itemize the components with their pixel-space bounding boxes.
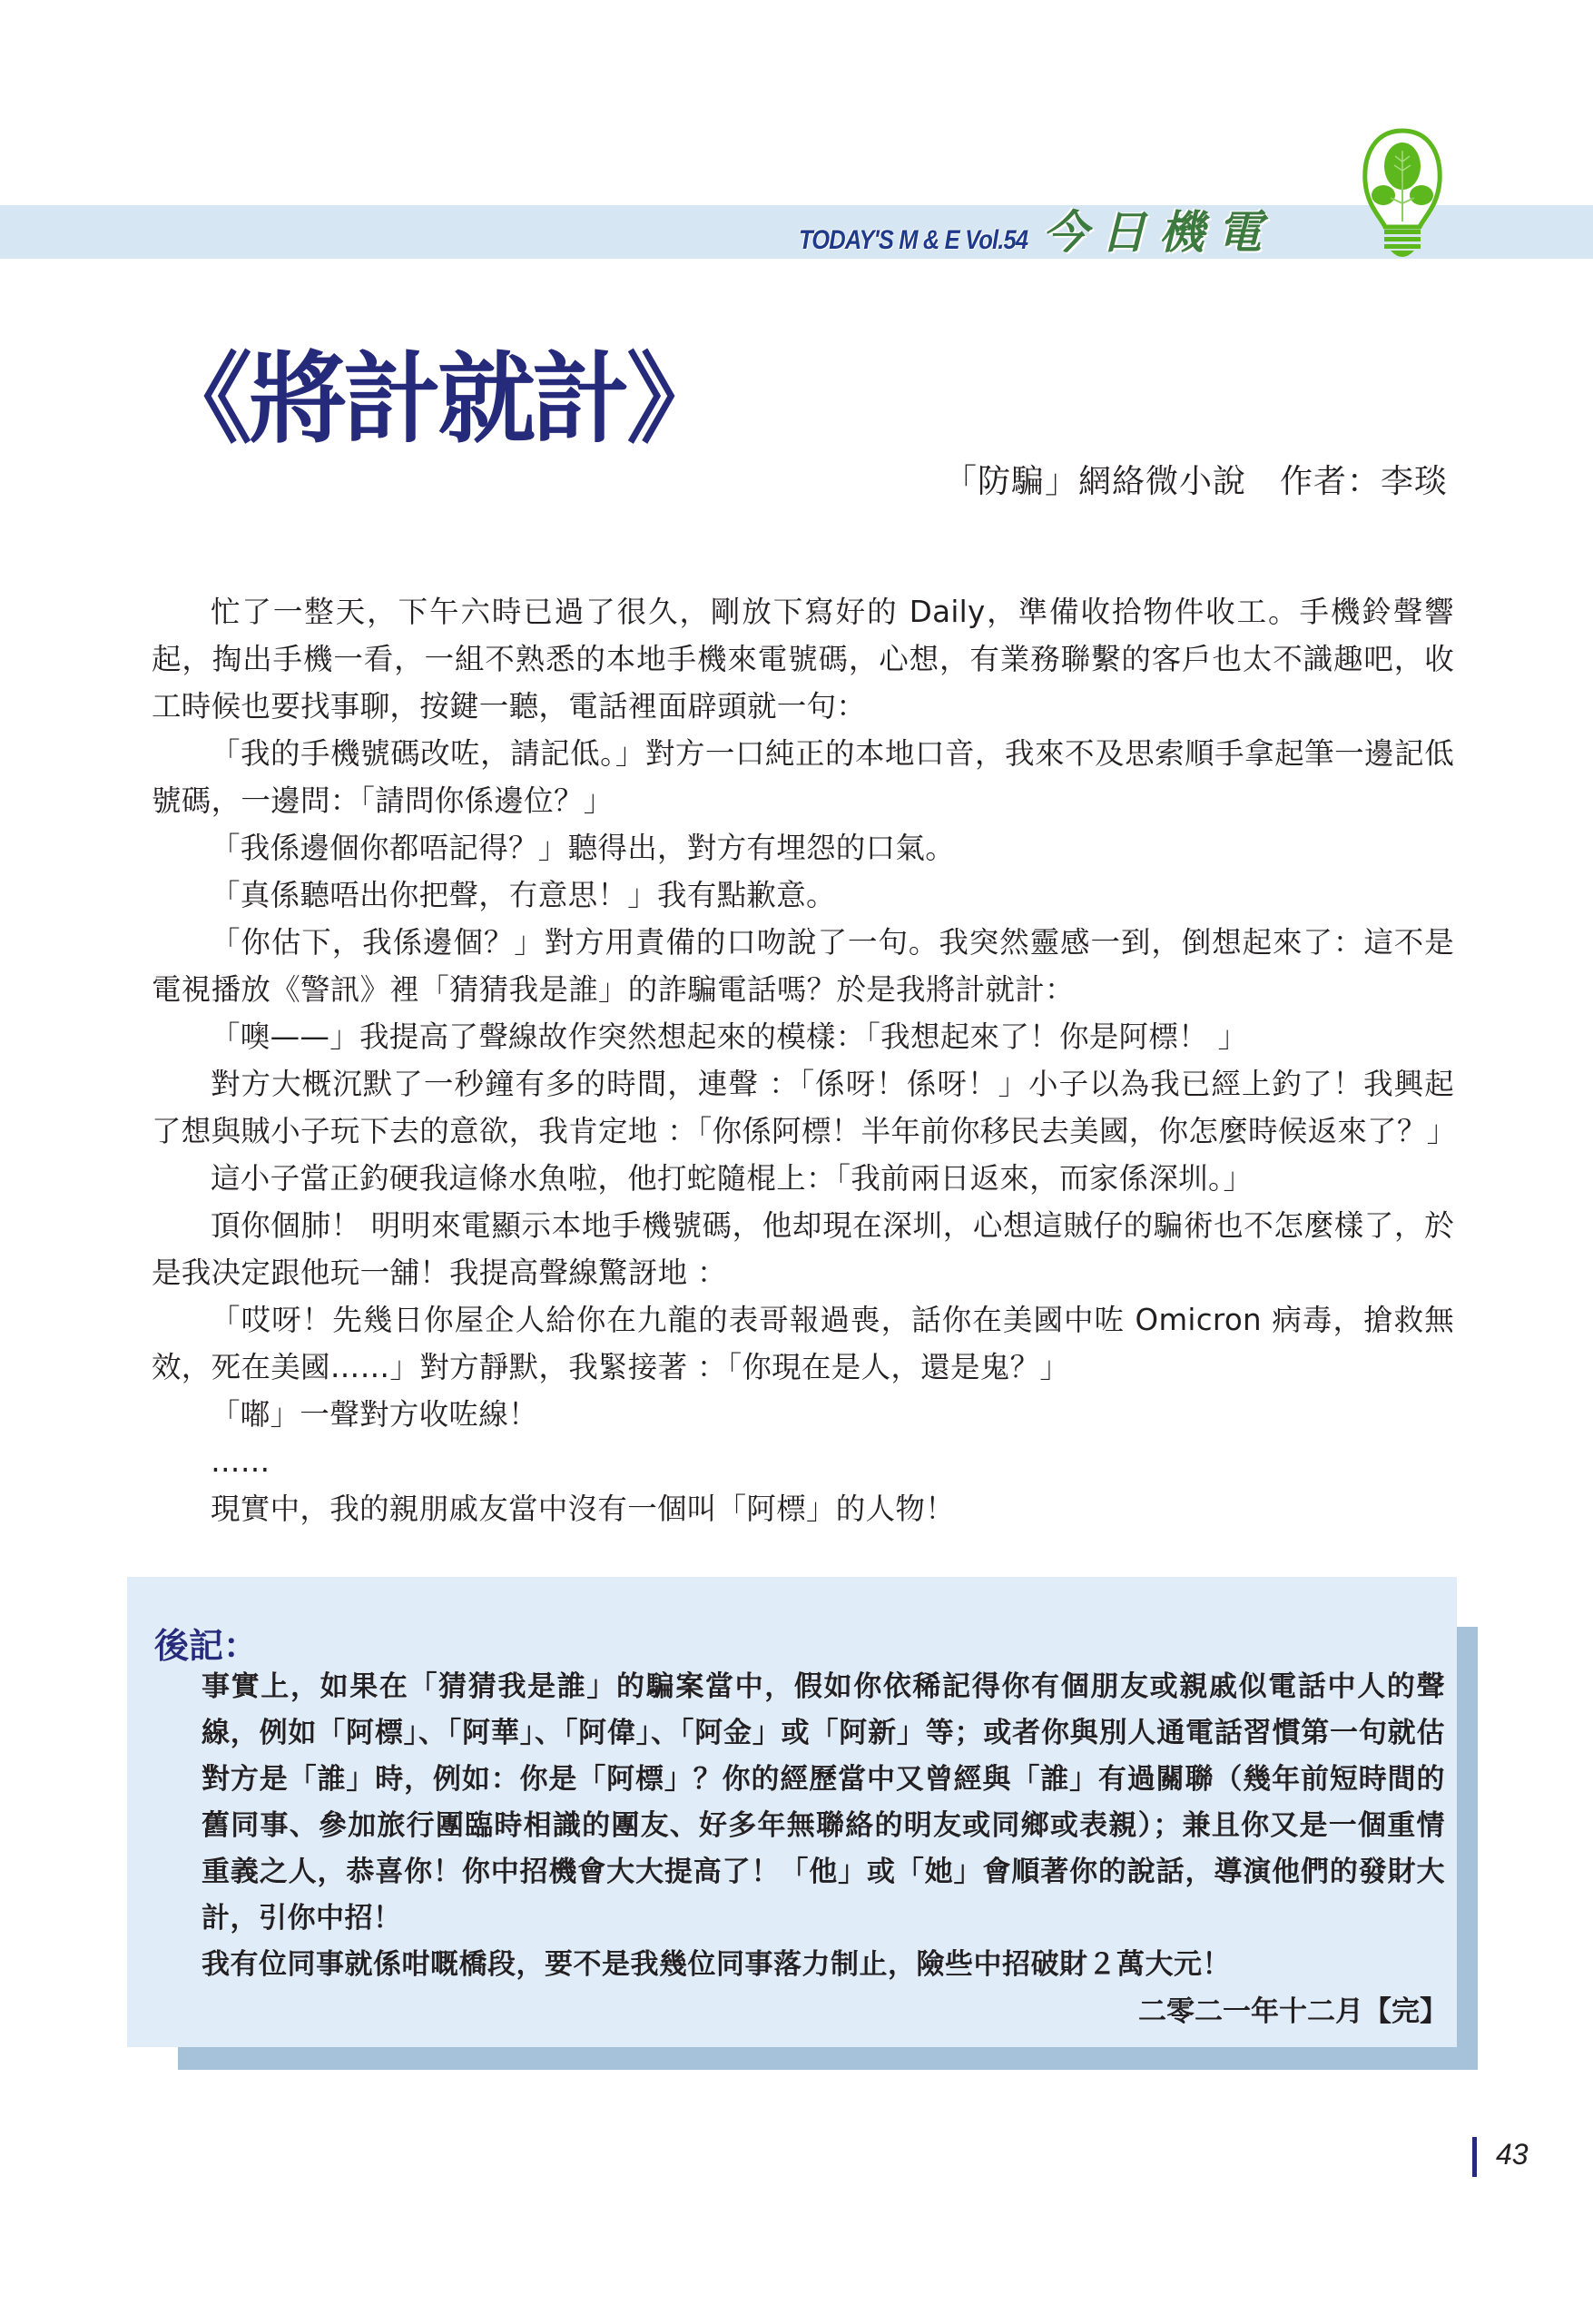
afterword-title: 後記： (154, 1618, 258, 1668)
paragraph: 現實中，我的親朋戚友當中沒有一個叫「阿標」的人物！ (152, 1485, 1454, 1532)
article-body: 忙了一整天，下午六時已過了很久，剛放下寫好的 Daily，準備收拾物件收工。手機… (152, 588, 1454, 1532)
magazine-masthead: TODAY'S M & E Vol.54 今日機電 (799, 212, 1275, 257)
paragraph: 這小子當正釣硬我這條水魚啦，他打蛇隨棍上：「我前兩日返來，而家係深圳。」 (152, 1155, 1454, 1202)
paragraph: 「你估下，我係邊個？」對方用責備的口吻說了一句。我突然靈感一到，倒想起來了：這不… (152, 919, 1454, 1013)
afterword-paragraph: 我有位同事就係咁嘅橋段，要不是我幾位同事落力制止，險些中招破財２萬大元！ (202, 1942, 1445, 1988)
lightbulb-sprout-icon (1352, 125, 1452, 260)
paragraph: 「哎呀！先幾日你屋企人給你在九龍的表哥報過喪，話你在美國中咗 Omicron 病… (152, 1296, 1454, 1391)
magazine-name-zh: 今日機電 (1043, 208, 1275, 257)
paragraph: 頂你個肺！ 明明來電顯示本地手機號碼，他却現在深圳，心想這賊仔的騙術也不怎麼樣了… (152, 1202, 1454, 1296)
paragraph: 「嘟」一聲對方收咗線！ (152, 1391, 1454, 1438)
paragraph: 忙了一整天，下午六時已過了很久，剛放下寫好的 Daily，準備收拾物件收工。手機… (152, 588, 1454, 730)
paragraph: 「我的手機號碼改咗，請記低。」對方一口純正的本地口音，我來不及思索順手拿起筆一邊… (152, 730, 1454, 824)
paragraph: 「真係聽唔出你把聲，冇意思！」我有點歉意。 (152, 871, 1454, 919)
article-title: 《將計就計》 (154, 340, 721, 458)
afterword-signoff: 二零二一年十二月【完】 (1138, 1988, 1448, 2029)
paragraph: 對方大概沉默了一秒鐘有多的時間，連聲 ：「係呀！係呀！」小子以為我已經上釣了！我… (152, 1060, 1454, 1155)
paragraph: 「我係邊個你都唔記得？」聽得出，對方有埋怨的口氣。 (152, 824, 1454, 871)
paragraph: 「噢——」我提高了聲線故作突然想起來的模樣：「我想起來了！你是阿標！ 」 (152, 1013, 1454, 1060)
page-number-bar (1472, 2137, 1477, 2177)
afterword-paragraph: 事實上，如果在「猜猜我是誰」的騙案當中，假如你依稀記得你有個朋友或親戚似電話中人… (202, 1664, 1445, 1942)
paragraph: …… (152, 1438, 1454, 1485)
article-byline: 「防騙」網絡微小說 作者：李琰 (944, 456, 1448, 502)
magazine-name-en: TODAY'S M & E Vol.54 (799, 224, 1028, 257)
page-number: 43 (1496, 2138, 1529, 2171)
afterword-body: 事實上，如果在「猜猜我是誰」的騙案當中，假如你依稀記得你有個朋友或親戚似電話中人… (202, 1664, 1445, 1988)
